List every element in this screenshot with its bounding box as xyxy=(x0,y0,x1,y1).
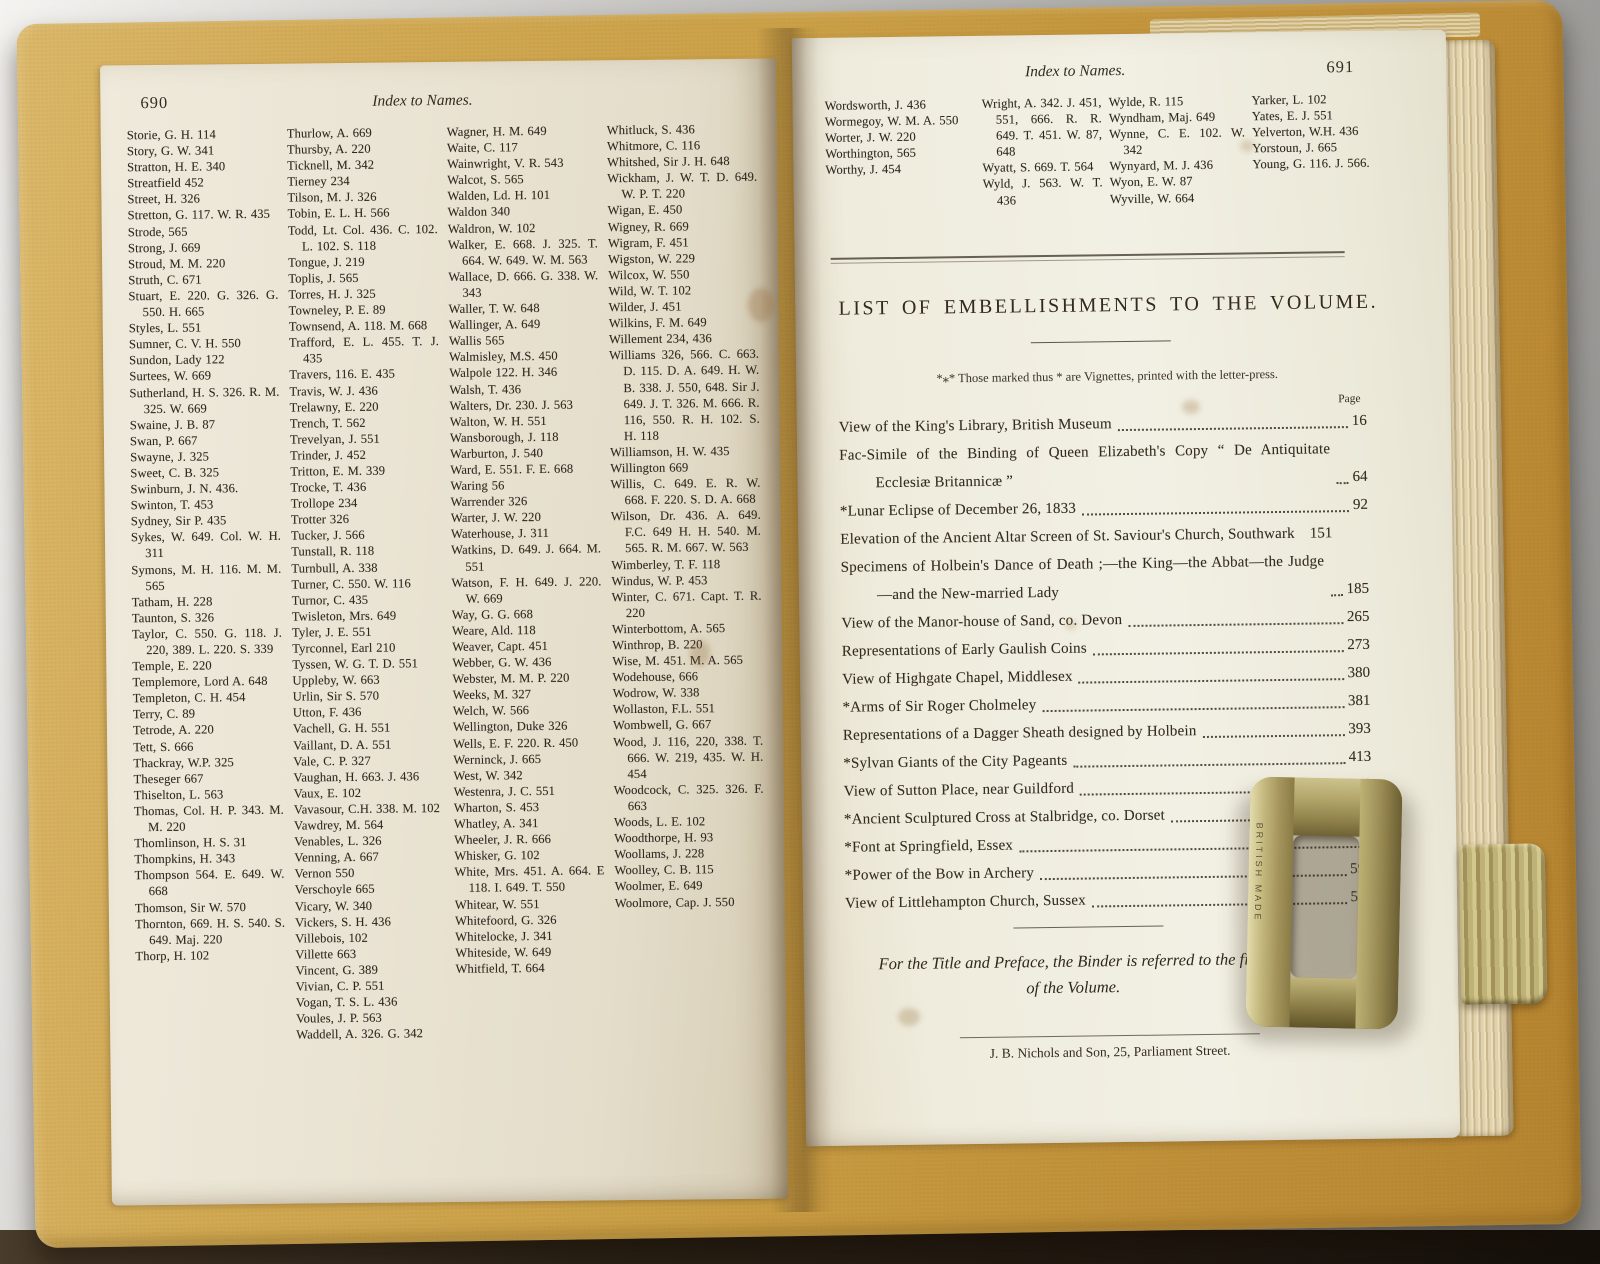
dot-leader xyxy=(1093,650,1343,655)
index-entry: Tilson, M. J. 326 xyxy=(287,188,437,206)
index-entry: Tierney 234 xyxy=(287,172,437,190)
index-entry: Tatham, H. 228 xyxy=(132,592,282,610)
index-entry: Woodthorpe, H. 93 xyxy=(614,829,764,847)
index-entry: Tobin, E. L. H. 566 xyxy=(288,205,438,223)
index-entry: Waller, T. W. 648 xyxy=(449,299,599,317)
index-entry: Swinton, T. 453 xyxy=(131,496,281,514)
index-entry: Tritton, E. M. 339 xyxy=(290,462,440,480)
index-entry: Taylor, C. 550. G. 118. J. 220, 389. L. … xyxy=(132,625,282,659)
index-entry: Wigston, W. 229 xyxy=(608,249,758,267)
index-entry: Thurlow, A. 669 xyxy=(287,124,437,142)
embellishment-text: View of the King's Library, British Muse… xyxy=(839,410,1112,442)
index-entry: Sydney, Sir P. 435 xyxy=(131,512,281,530)
index-entry: Woodcock, C. 325. 326. F. 663 xyxy=(614,781,764,815)
index-entry: Verschoyle 665 xyxy=(295,880,445,898)
index-entry: Toplis, J. 565 xyxy=(288,269,438,287)
index-entry: Thursby, A. 220 xyxy=(287,140,437,158)
index-entry: Trinder, J. 452 xyxy=(290,446,440,464)
index-entry: Villebois, 102 xyxy=(295,929,445,947)
index-entry: Venables, L. 326 xyxy=(294,832,444,850)
dot-leader xyxy=(1128,622,1343,627)
index-column-4: Whitluck, S. 436Whitmore, C. 116Whitshed… xyxy=(607,121,768,1167)
index-entry: Wise, M. 451. M. A. 565 xyxy=(612,652,762,670)
index-entry: Wright, A. 342. J. 451, 551, 666. R. R. … xyxy=(982,94,1103,160)
index-entry: Worthington, 565 xyxy=(825,144,975,162)
index-entry: Trevelyan, J. 551 xyxy=(290,430,440,448)
index-entry: Wilcox, W. 550 xyxy=(608,266,758,284)
index-column-2: Thurlow, A. 669Thursby, A. 220Ticknell, … xyxy=(287,124,448,1170)
index-entry: Wood, J. 116, 220, 338. T. 666. W. 219, … xyxy=(613,732,763,782)
index-entry: Thorp, H. 102 xyxy=(135,946,285,964)
index-entry: Wagner, H. M. 649 xyxy=(447,122,597,140)
index-entry: Williamson, H. W. 435 xyxy=(610,443,760,461)
embellishment-text: *Ancient Sculptured Cross at Stalbridge,… xyxy=(844,802,1165,834)
index-entry: Wodehouse, 666 xyxy=(612,668,762,686)
index-entry: Weaver, Capt. 451 xyxy=(452,637,602,655)
index-entry: Wynyard, M. J. 436 xyxy=(1109,157,1245,175)
embellishment-page-number: 380 xyxy=(1347,659,1370,687)
index-entry: Tongue, J. 219 xyxy=(288,253,438,271)
index-entry: Uppleby, W. 663 xyxy=(292,671,442,689)
index-entry: Thompkins, H. 343 xyxy=(134,850,284,868)
index-entry: Yelverton, W.H. 436 xyxy=(1252,123,1374,141)
embellishment-text: Fac-Simile of the Binding of Queen Eliza… xyxy=(839,435,1331,497)
embellishment-text: Representations of Early Gaulish Coins xyxy=(842,635,1087,666)
index-entry: Wellington, Duke 326 xyxy=(453,718,603,736)
index-entry: Wigan, E. 450 xyxy=(608,201,758,219)
title-rule xyxy=(1031,340,1171,343)
dot-leader xyxy=(1203,734,1345,738)
index-entry: Vogan, T. S. L. 436 xyxy=(296,993,446,1011)
index-entry: Whitluck, S. 436 xyxy=(607,121,757,139)
index-entry: Windus, W. P. 453 xyxy=(611,571,761,589)
embellishment-page-number: 16 xyxy=(1352,407,1367,435)
index-entry: Whiteside, W. 649 xyxy=(455,943,605,961)
index-entry: Todd, Lt. Col. 436. C. 102. L. 102. S. 1… xyxy=(288,221,438,255)
index-entry: Wilson, Dr. 436. A. 649. F.C. 649 H. H. … xyxy=(611,507,761,557)
index-entry: Thomlinson, H. S. 31 xyxy=(134,834,284,852)
index-entry: Templeton, C. H. 454 xyxy=(133,689,283,707)
index-entry: Watkins, D. 649. J. 664. M. 551 xyxy=(451,541,601,575)
index-entry: Wansborough, J. 118 xyxy=(450,428,600,446)
index-entry: Tyrconnel, Earl 210 xyxy=(292,639,442,657)
index-entry: Whitefoord, G. 326 xyxy=(455,911,605,929)
index-entry: Utton, F. 436 xyxy=(293,703,443,721)
imprint-rule xyxy=(960,1033,1260,1038)
index-entry: Stroud, M. M. 220 xyxy=(128,254,278,272)
index-entry: Yorstoun, J. 665 xyxy=(1252,139,1374,157)
index-entry: Struth, C. 671 xyxy=(128,271,278,289)
index-entry: Vale, C. P. 327 xyxy=(293,752,443,770)
index-entry: Werninck, J. 665 xyxy=(453,750,603,768)
dot-leader xyxy=(1337,482,1349,484)
index-entry: Wombwell, G. 667 xyxy=(613,716,763,734)
index-entry: Swaine, J. B. 87 xyxy=(130,415,280,433)
index-entry: Vernon 550 xyxy=(294,864,444,882)
index-entry: Wallis 565 xyxy=(449,332,599,350)
index-entry: Welch, W. 566 xyxy=(453,702,603,720)
index-entry: Waite, C. 117 xyxy=(447,138,597,156)
index-entry: Wyon, E. W. 87 xyxy=(1110,173,1246,191)
index-entry: Woollams, J. 228 xyxy=(614,845,764,863)
index-entry: Wodrow, W. 338 xyxy=(613,684,763,702)
embellishment-page-number: 381 xyxy=(1348,687,1371,715)
index-entry: Whitmore, C. 116 xyxy=(607,137,757,155)
index-entry: Trotter 326 xyxy=(291,510,441,528)
index-entry: Sumner, C. V. H. 550 xyxy=(129,335,279,353)
index-entry: Swan, P. 667 xyxy=(130,431,280,449)
index-entry: Ticknell, M. 342 xyxy=(287,156,437,174)
index-entry: Surtees, W. 669 xyxy=(129,367,279,385)
index-entry: Wordsworth, J. 436 xyxy=(825,96,975,114)
index-entry: Way, G. G. 668 xyxy=(452,605,602,623)
index-entry: Wainwright, V. R. 543 xyxy=(447,155,597,173)
index-column-7: Wylde, R. 115Wyndham, Maj. 649Wynne, C. … xyxy=(1109,92,1247,234)
index-entry: Trafford, E. L. 455. T. J. 435 xyxy=(289,333,439,367)
index-entry: Vaux, E. 102 xyxy=(294,784,444,802)
index-entry: Wells, E. F. 220. R. 450 xyxy=(453,734,603,752)
index-entry: Vicary, W. 340 xyxy=(295,897,445,915)
index-entry: Streatfield 452 xyxy=(127,174,277,192)
index-entry: Walsh, T. 436 xyxy=(449,380,599,398)
index-entry: Sundon, Lady 122 xyxy=(129,351,279,369)
clasp-hole xyxy=(1290,835,1359,978)
index-entry: Twisleton, Mrs. 649 xyxy=(292,607,442,625)
index-entry: Thomas, Col. H. P. 343. M. M. 220 xyxy=(134,802,284,836)
index-entry: Wyville, W. 664 xyxy=(1110,189,1246,207)
index-entry: Wyatt, S. 669. T. 564 xyxy=(982,159,1102,177)
index-column-3: Wagner, H. M. 649Waite, C. 117Wainwright… xyxy=(447,122,608,1168)
index-entry: Vachell, G. H. 551 xyxy=(293,719,443,737)
index-column-1: Storie, G. H. 114Story, G. W. 341Stratto… xyxy=(127,126,288,1172)
index-entry: Wilder, J. 451 xyxy=(609,298,759,316)
index-entry: Woolmer, E. 649 xyxy=(615,877,765,895)
index-entry: Whitfield, T. 664 xyxy=(455,959,605,977)
left-index-columns: Storie, G. H. 114Story, G. W. 341Stratto… xyxy=(101,106,788,1171)
right-running-title: Index to Names. xyxy=(748,30,1403,85)
index-entry: Villette 663 xyxy=(295,945,445,963)
index-entry: Trocke, T. 436 xyxy=(290,478,440,496)
vignette-note: *⁎* Those marked thus * are Vignettes, p… xyxy=(780,364,1434,389)
index-entry: Wyndham, Maj. 649 xyxy=(1109,108,1245,126)
left-page: 690 Index to Names. Storie, G. H. 114Sto… xyxy=(100,58,788,1205)
dot-leader xyxy=(1073,762,1344,768)
index-entry: Willement 234, 436 xyxy=(609,330,759,348)
index-entry: Urlin, Sir S. 570 xyxy=(293,687,443,705)
index-entry: Templemore, Lord A. 648 xyxy=(132,673,282,691)
index-entry: Waterhouse, J. 311 xyxy=(451,525,601,543)
index-entry: Terry, C. 89 xyxy=(133,705,283,723)
embellishment-text: Specimens of Holbein's Dance of Death ;—… xyxy=(841,547,1325,609)
index-entry: Worthy, J. 454 xyxy=(825,160,975,178)
index-entry: Walpole 122. H. 346 xyxy=(449,364,599,382)
index-entry: Vaughan, H. 663. J. 436 xyxy=(293,768,443,786)
dot-leader xyxy=(1043,706,1345,712)
embellishment-page-number: 393 xyxy=(1348,715,1371,743)
embellishment-page-number: 64 xyxy=(1352,463,1367,491)
index-entry: Webber, G. W. 436 xyxy=(452,653,602,671)
index-entry: Walcot, S. 565 xyxy=(447,171,597,189)
embellishment-page-number: 92 xyxy=(1353,491,1368,519)
index-entry: Turner, C. 550. W. 116 xyxy=(291,575,441,593)
index-entry: Stretton, G. 117. W. R. 435 xyxy=(128,206,278,224)
left-running-title: Index to Names. xyxy=(84,59,760,114)
clasp-engraving: BRITISH MADE xyxy=(1253,823,1265,923)
index-entry: Whitshed, Sir J. H. 648 xyxy=(607,153,757,171)
index-entry: Wickham, J. W. T. D. 649. W. P. T. 220 xyxy=(607,169,757,203)
index-entry: Willington 669 xyxy=(610,459,760,477)
right-index-columns: Wordsworth, J. 436Wormegoy, W. M. A. 550… xyxy=(792,76,1448,239)
index-entry: Trench, T. 562 xyxy=(290,414,440,432)
embellishment-text: *Lunar Eclipse of December 26, 1833 xyxy=(840,495,1076,526)
index-entry: Thomson, Sir W. 570 xyxy=(135,898,285,916)
index-entry: Tyssen, W. G. T. D. 551 xyxy=(292,655,442,673)
index-entry: Ward, E. 551. F. E. 668 xyxy=(450,460,600,478)
index-entry: Taunton, S. 326 xyxy=(132,609,282,627)
brass-clasp: BRITISH MADE xyxy=(1245,776,1402,1029)
index-entry: Townsend, A. 118. M. 668 xyxy=(289,317,439,335)
index-entry: Tett, S. 666 xyxy=(133,737,283,755)
embellishment-text: View of Sutton Place, near Guildford xyxy=(843,775,1074,806)
index-entry: Walker, E. 668. J. 325. T. 664. W. 649. … xyxy=(448,235,598,269)
index-entry: Sweet, C. B. 325 xyxy=(130,464,280,482)
index-entry: Vivian, C. P. 551 xyxy=(296,977,446,995)
index-entry: Willis, C. 649. E. R. W. 668. F. 220. S.… xyxy=(610,475,760,509)
embellishment-text: *Power of the Bow in Archery xyxy=(845,859,1035,889)
index-entry: Williams 326, 566. C. 663. D. 115. D. A.… xyxy=(609,346,760,444)
index-entry: Walton, W. H. 551 xyxy=(450,412,600,430)
index-entry: Waring 56 xyxy=(450,476,600,494)
embellishment-text: *Sylvan Giants of the City Pageants xyxy=(843,747,1067,778)
index-entry: Vaillant, D. A. 551 xyxy=(293,736,443,754)
index-entry: Wild, W. T. 102 xyxy=(608,282,758,300)
binder-note-rule xyxy=(1013,926,1163,929)
index-entry: Whatley, A. 341 xyxy=(454,814,604,832)
embellishment-text: Representations of a Dagger Sheath desig… xyxy=(843,717,1197,750)
index-entry: Winthrop, B. 220 xyxy=(612,636,762,654)
embellishment-page-number: 413 xyxy=(1349,743,1372,771)
index-entry: Vickers, S. H. 436 xyxy=(295,913,445,931)
dot-leader xyxy=(1079,678,1344,683)
index-entry: Woolmore, Cap. J. 550 xyxy=(615,893,765,911)
embellishment-row: Specimens of Holbein's Dance of Death ;—… xyxy=(841,547,1370,610)
index-entry: Story, G. W. 341 xyxy=(127,142,277,160)
index-entry: Watson, F. H. 649. J. 220. W. 669 xyxy=(451,573,601,607)
index-entry: Symons, M. H. 116. M. M. 565 xyxy=(131,560,281,594)
index-entry: Wheeler, J. R. 666 xyxy=(454,830,604,848)
index-entry: Trelawny, E. 220 xyxy=(290,398,440,416)
index-column-6: Wright, A. 342. J. 451, 551, 666. R. R. … xyxy=(982,94,1104,236)
book-photo: 690 Index to Names. Storie, G. H. 114Sto… xyxy=(0,0,1600,1264)
index-entry: Wimberley, T. F. 118 xyxy=(611,555,761,573)
embellishment-page-number: 185 xyxy=(1346,575,1369,603)
dot-leader xyxy=(1331,594,1343,596)
embellishment-text: View of Littlehampton Church, Sussex xyxy=(845,887,1086,918)
index-entry: Warter, J. W. 220 xyxy=(451,509,601,527)
index-entry: Wharton, S. 453 xyxy=(454,798,604,816)
index-entry: Wylde, R. 115 xyxy=(1109,92,1245,110)
index-entry: Weare, Ald. 118 xyxy=(452,621,602,639)
index-entry: Turnor, C. 435 xyxy=(292,591,442,609)
index-entry: Temple, E. 220 xyxy=(132,657,282,675)
index-entry: Tyler, J. E. 551 xyxy=(292,623,442,641)
embellishment-text: View of Highgate Chapel, Middlesex xyxy=(842,663,1073,694)
index-entry: Sutherland, H. S. 326. R. M. 325. W. 669 xyxy=(129,383,279,417)
index-entry: Thornton, 669. H. S. 540. S. 649. Maj. 2… xyxy=(135,914,285,948)
index-entry: Walters, Dr. 230. J. 563 xyxy=(450,396,600,414)
index-entry: West, W. 342 xyxy=(453,766,603,784)
embellishment-text: View of the Manor-house of Sand, co. Dev… xyxy=(841,606,1122,638)
index-entry: Wollaston, F.L. 551 xyxy=(613,700,763,718)
index-entry: Turnbull, A. 338 xyxy=(291,559,441,577)
index-entry: Wilkins, F. M. 649 xyxy=(609,314,759,332)
index-entry: Yarker, L. 102 xyxy=(1252,91,1374,109)
dot-leader xyxy=(1118,426,1348,431)
embellishment-text: *Arms of Sir Roger Cholmeley xyxy=(842,691,1036,722)
index-entry: Wormegoy, W. M. A. 550 xyxy=(825,112,975,130)
index-entry: Warrender 326 xyxy=(451,493,601,511)
index-entry: Strong, J. 669 xyxy=(128,238,278,256)
index-entry: Vincent, G. 389 xyxy=(295,961,445,979)
index-entry: Waddell, A. 326. G. 342 xyxy=(296,1025,446,1043)
index-entry: Swinburn, J. N. 436. xyxy=(130,480,280,498)
index-entry: Tucker, J. 566 xyxy=(291,526,441,544)
dot-leader xyxy=(1082,510,1349,515)
index-entry: Vawdrey, M. 564 xyxy=(294,816,444,834)
index-entry: Waldron, W. 102 xyxy=(448,219,598,237)
index-entry: Winterbottom, A. 565 xyxy=(612,620,762,638)
index-entry: Storie, G. H. 114 xyxy=(127,126,277,144)
index-entry: Wallace, D. 666. G. 338. W. 343 xyxy=(448,267,598,301)
index-entry: Whisker, G. 102 xyxy=(454,847,604,865)
index-entry: Voules, J. P. 563 xyxy=(296,1009,446,1027)
index-entry: Wallinger, A. 649 xyxy=(449,315,599,333)
embellishment-page-number: 151 xyxy=(1310,519,1333,547)
index-entry: Walden, Ld. H. 101 xyxy=(447,187,597,205)
embellishment-page-number: 273 xyxy=(1347,631,1370,659)
index-column-8: Yarker, L. 102Yates, E. J. 551Yelverton,… xyxy=(1252,91,1376,233)
embellishment-text: *Font at Springfield, Essex xyxy=(844,832,1013,862)
index-entry: Thackray, W.P. 325 xyxy=(133,753,283,771)
binder-note-part1: For the Title and Preface, the Binder is… xyxy=(878,949,1255,973)
index-entry: Sykes, W. 649. Col. W. H. 311 xyxy=(131,528,281,562)
brass-hinge xyxy=(1459,843,1548,1004)
index-entry: Wigney, R. 669 xyxy=(608,217,758,235)
clasp-left-bar: BRITISH MADE xyxy=(1245,776,1294,1027)
index-entry: Trollope 234 xyxy=(291,494,441,512)
index-entry: Travers, 116. E. 435 xyxy=(289,365,439,383)
embellishments-title: LIST OF EMBELLISHMENTS TO THE VOLUME. xyxy=(781,290,1435,322)
index-entry: Wynne, C. E. 102. W. 342 xyxy=(1109,125,1245,159)
index-entry: Torres, H. J. 325 xyxy=(288,285,438,303)
index-entry: Wigram, F. 451 xyxy=(608,233,758,251)
index-entry: Stuart, E. 220. G. 326. G. 550. H. 665 xyxy=(128,287,278,321)
section-divider-rule xyxy=(831,251,1345,264)
index-entry: White, Mrs. 451. A. 664. E 118. I. 649. … xyxy=(454,863,604,897)
index-entry: Thiselton, L. 563 xyxy=(134,786,284,804)
index-entry: Winter, C. 671. Capt. T. R. 220 xyxy=(612,587,762,621)
clasp-right-bar xyxy=(1355,779,1402,1030)
index-entry: Vavasour, C.H. 338. M. 102 xyxy=(294,800,444,818)
index-entry: Thompson 564. E. 649. W. 668 xyxy=(134,866,284,900)
index-entry: Venning, A. 667 xyxy=(294,848,444,866)
index-entry: Street, H. 326 xyxy=(127,190,277,208)
index-entry: Yates, E. J. 551 xyxy=(1252,107,1374,125)
index-entry: Westenra, J. C. 551 xyxy=(454,782,604,800)
index-column-5: Wordsworth, J. 436Wormegoy, W. M. A. 550… xyxy=(825,96,977,238)
index-entry: Weeks, M. 327 xyxy=(453,686,603,704)
index-entry: Styles, L. 551 xyxy=(129,319,279,337)
index-entry: Swayne, J. 325 xyxy=(130,448,280,466)
index-entry: Theseger 667 xyxy=(133,769,283,787)
index-entry: Wyld, J. 563. W. T. 436 xyxy=(983,175,1103,209)
index-entry: Worter, J. W. 220 xyxy=(825,128,975,146)
index-entry: Tetrode, A. 220 xyxy=(133,721,283,739)
index-entry: Woolley, C. B. 115 xyxy=(614,861,764,879)
index-entry: Tunstall, R. 118 xyxy=(291,542,441,560)
index-entry: Walmisley, M.S. 450 xyxy=(449,348,599,366)
index-entry: Woods, L. E. 102 xyxy=(614,813,764,831)
index-entry: Towneley, P. E. 89 xyxy=(289,301,439,319)
imprint: J. B. Nichols and Son, 25, Parliament St… xyxy=(783,1040,1437,1065)
index-entry: Young, G. 116. J. 566. xyxy=(1252,155,1374,173)
index-entry: Warburton, J. 540 xyxy=(450,444,600,462)
index-entry: Whitear, W. 551 xyxy=(455,895,605,913)
index-entry: Strode, 565 xyxy=(128,222,278,240)
index-entry: Webster, M. M. P. 220 xyxy=(452,670,602,688)
index-entry: Whitelocke, J. 341 xyxy=(455,927,605,945)
index-entry: Stratton, H. E. 340 xyxy=(127,158,277,176)
embellishment-page-number: 265 xyxy=(1347,603,1370,631)
index-entry: Travis, W. J. 436 xyxy=(289,382,439,400)
embellishment-row: Fac-Simile of the Binding of Queen Eliza… xyxy=(839,435,1368,498)
index-entry: Waldon 340 xyxy=(448,203,598,221)
